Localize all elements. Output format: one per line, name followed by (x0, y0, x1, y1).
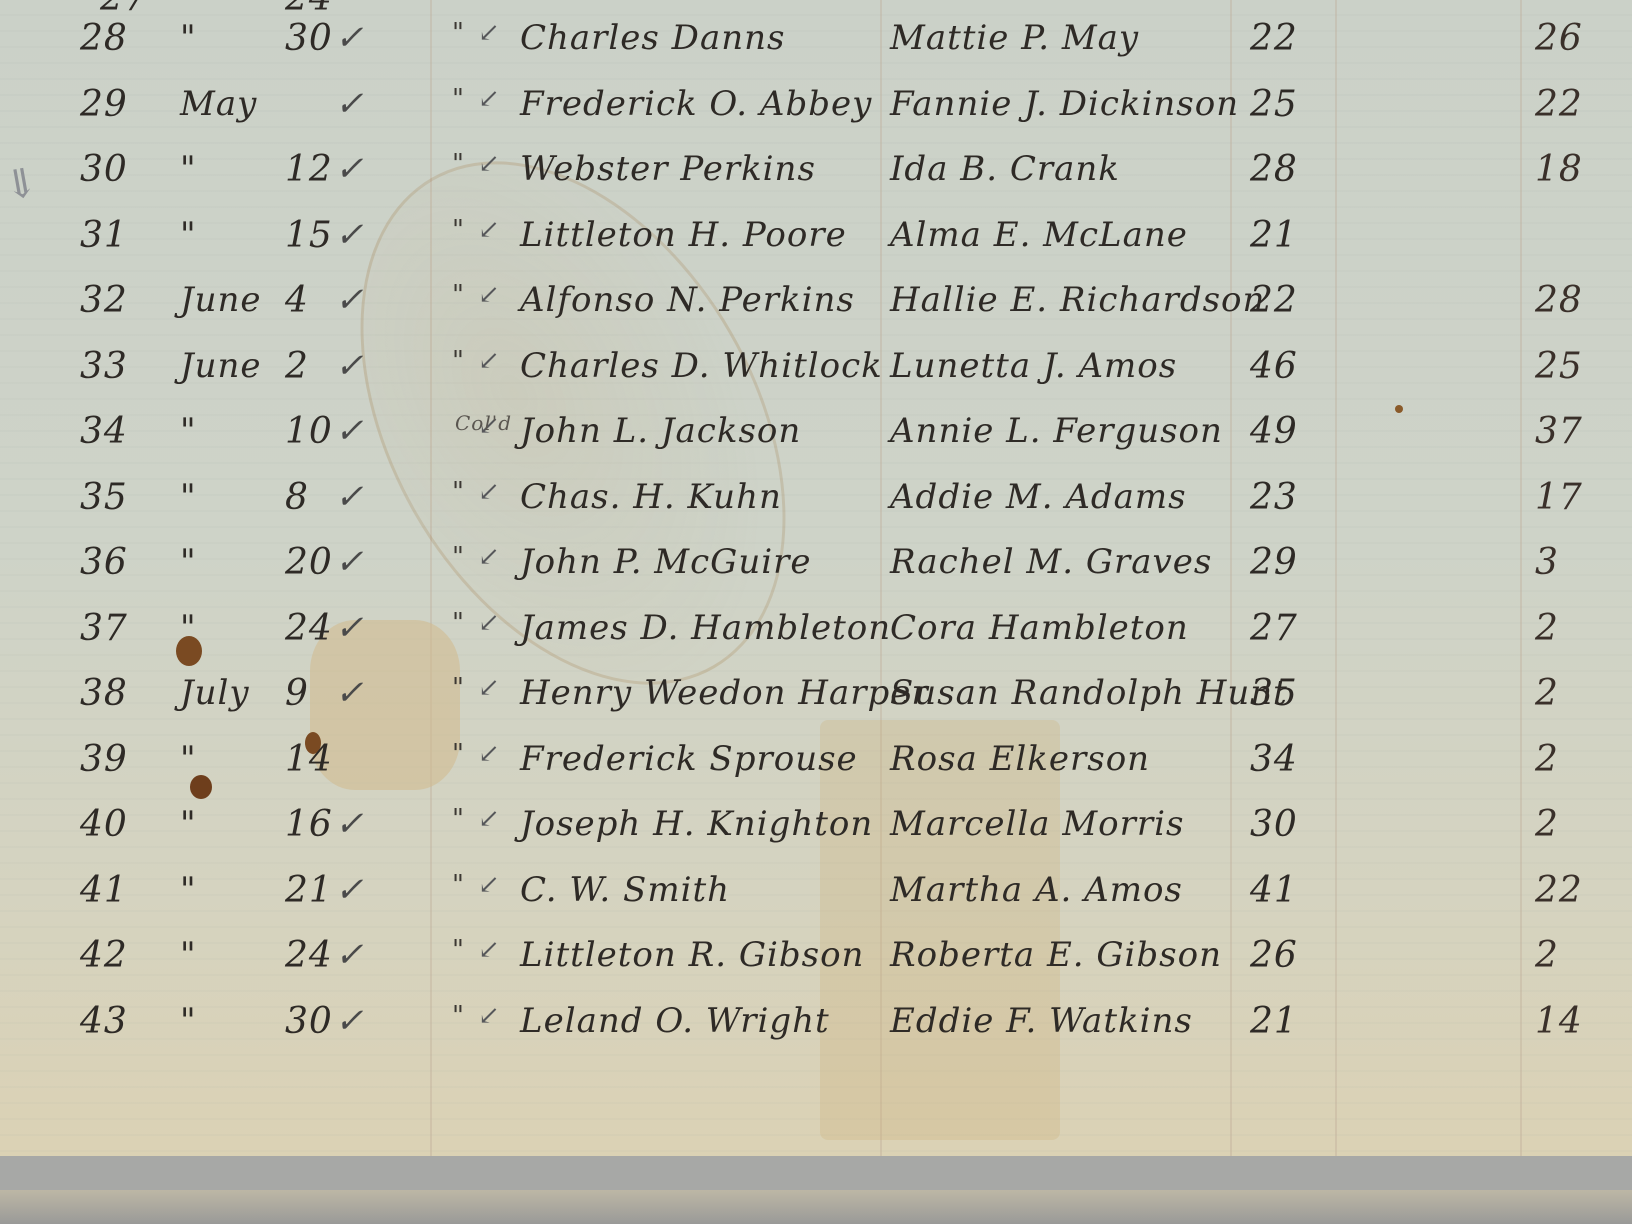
entry-month: " (180, 542, 197, 582)
entry-month: " (180, 411, 197, 451)
ledger-row: 38 July 9 ✓ " ↙ Henry Weedon Harper Susa… (0, 673, 1632, 733)
check-mark-icon: ✓ (335, 870, 365, 910)
entry-day: 9 (285, 673, 309, 714)
page-edge (0, 1156, 1632, 1190)
ledger-row: 39 " 14 " ↙ Frederick Sprouse Rosa Elker… (0, 739, 1632, 799)
right-column-value: 25 (1535, 346, 1583, 387)
check-mark-icon: ✓ (335, 149, 365, 189)
ledger-row: 28 " 30 ✓ " ↙ Charles Danns Mattie P. Ma… (0, 18, 1632, 78)
ledger-row: 31 " 15 ✓ " ↙ Littleton H. Poore Alma E.… (0, 215, 1632, 275)
ledger-row: 30 " 12 ✓ " ↙ Webster Perkins Ida B. Cra… (0, 149, 1632, 209)
bride-name: Susan Randolph Hunt (890, 673, 1288, 713)
entry-day: 4 (285, 280, 309, 321)
entry-number: 40 (80, 804, 128, 845)
bride-age: 28 (1250, 149, 1298, 190)
entry-number: 43 (80, 1001, 128, 1042)
groom-name: James D. Hambleton (520, 608, 891, 648)
entry-month: July (180, 673, 250, 713)
check-mark-icon: ✓ (335, 18, 365, 58)
entry-day: 24 (285, 0, 333, 19)
entry-day: 24 (285, 608, 333, 649)
bride-age: 41 (1250, 870, 1298, 911)
bride-name: Ida B. Crank (890, 149, 1120, 189)
entry-arrow-icon: ↙ (478, 84, 501, 114)
bride-name: Mattie P. May (890, 18, 1139, 58)
right-column-value: 2 (1535, 804, 1559, 845)
entry-number: 27 (100, 0, 148, 19)
check-mark-icon: ✓ (335, 477, 365, 517)
entry-month: " (180, 149, 197, 189)
entry-number: 32 (80, 280, 128, 321)
bride-name: Annie L. Ferguson (890, 411, 1223, 451)
entry-arrow-icon: ↙ (478, 608, 501, 638)
ditto-mark: " (452, 84, 465, 114)
bride-age: 34 (1250, 739, 1298, 780)
bride-age: 22 (1250, 18, 1298, 59)
entry-month: June (180, 346, 262, 386)
entry-day: 24 (285, 935, 333, 976)
ditto-mark: " (452, 673, 465, 703)
bride-name: Rachel M. Graves (890, 542, 1212, 582)
check-mark-icon: ✓ (335, 804, 365, 844)
ledger-row: 29 May ✓ " ↙ Frederick O. Abbey Fannie J… (0, 84, 1632, 144)
entry-arrow-icon: ↙ (478, 804, 501, 834)
bride-age: 26 (1250, 935, 1298, 976)
entry-day: 20 (285, 542, 333, 583)
entry-number: 36 (80, 542, 128, 583)
entry-month: " (180, 608, 197, 648)
groom-name: Chas. H. Kuhn (520, 477, 782, 517)
ditto-mark: " (452, 870, 465, 900)
entry-arrow-icon: ↙ (478, 673, 501, 703)
ditto-mark: " (452, 215, 465, 245)
bride-name: Fannie J. Dickinson (890, 84, 1239, 124)
ledger-row: 37 " 24 ✓ " ↙ James D. Hambleton Cora Ha… (0, 608, 1632, 668)
right-column-value: 37 (1535, 411, 1583, 452)
bride-name: Cora Hambleton (890, 608, 1189, 648)
check-mark-icon: ✓ (335, 411, 365, 451)
check-mark-icon: ✓ (335, 280, 365, 320)
month-ditto: " (200, 0, 213, 8)
bride-age: 21 (1250, 1001, 1298, 1042)
ditto-mark: " (452, 804, 465, 834)
groom-name: Webster Perkins (520, 149, 816, 189)
entry-number: 42 (80, 935, 128, 976)
right-column-value: 17 (1535, 477, 1583, 518)
ditto-mark: " (452, 149, 465, 179)
entry-day: 21 (285, 870, 333, 911)
entry-day: 16 (285, 804, 333, 845)
entry-day: 14 (285, 739, 333, 780)
entry-day: 12 (285, 149, 333, 190)
groom-name: C. W. Smith (520, 870, 730, 910)
entry-month: " (180, 477, 197, 517)
groom-name: Alfonso N. Perkins (520, 280, 855, 320)
ditto-mark: " (452, 935, 465, 965)
groom-name: Littleton H. Poore (520, 215, 847, 255)
groom-name: Charles D. Whitlock (520, 346, 883, 386)
entry-arrow-icon: ↙ (478, 149, 501, 179)
check-mark-icon: ✓ (335, 215, 365, 255)
entry-number: 31 (80, 215, 128, 256)
groom-name: Frederick Sprouse (520, 739, 858, 779)
entry-day: 30 (285, 1001, 333, 1042)
entry-month: " (180, 870, 197, 910)
bride-name: Martha A. Amos (890, 870, 1183, 910)
ledger-row: 35 " 8 ✓ " ↙ Chas. H. Kuhn Addie M. Adam… (0, 477, 1632, 537)
right-column-value: 26 (1535, 18, 1583, 59)
entry-number: 28 (80, 18, 128, 59)
bride-name: Alma E. McLane (890, 215, 1188, 255)
bride-age: 21 (1250, 215, 1298, 256)
entry-month: " (180, 935, 197, 975)
bride-name: Eddie F. Watkins (890, 1001, 1193, 1041)
entry-number: 29 (80, 84, 128, 125)
right-column-value: 2 (1535, 608, 1559, 649)
groom-name: John P. McGuire (520, 542, 811, 582)
check-mark-icon: ✓ (335, 346, 365, 386)
bride-name: Rosa Elkerson (890, 739, 1150, 779)
right-column-value: 14 (1535, 1001, 1583, 1042)
entry-month: " (180, 804, 197, 844)
right-column-value: 2 (1535, 935, 1559, 976)
entry-number: 38 (80, 673, 128, 714)
entry-arrow-icon: ↙ (478, 477, 501, 507)
entry-arrow-icon: ↙ (478, 215, 501, 245)
bride-age: 49 (1250, 411, 1298, 452)
entry-arrow-icon: ↙ (478, 542, 501, 572)
ledger-row: 43 " 30 ✓ " ↙ Leland O. Wright Eddie F. … (0, 1001, 1632, 1061)
right-column-value: 2 (1535, 739, 1559, 780)
right-column-value: 2 (1535, 673, 1559, 714)
bride-age: 29 (1250, 542, 1298, 583)
right-column-value: 22 (1535, 84, 1583, 125)
ditto-mark: " (452, 608, 465, 638)
bride-age: 25 (1250, 84, 1298, 125)
entry-arrow-icon: ↙ (478, 280, 501, 310)
check-mark-icon: ✓ (335, 935, 365, 975)
ledger-page: ⇘ 27 " 24 28 " 30 ✓ " ↙ Charles Danns Ma… (0, 0, 1632, 1190)
entry-month: " (180, 739, 197, 779)
entry-arrow-icon: ↙ (478, 870, 501, 900)
groom-name: Henry Weedon Harper (520, 673, 929, 713)
check-mark-icon: ✓ (335, 673, 365, 713)
entry-month: June (180, 280, 262, 320)
ledger-row: 41 " 21 ✓ " ↙ C. W. Smith Martha A. Amos… (0, 870, 1632, 930)
check-mark-icon: ✓ (335, 608, 365, 648)
entry-day: 2 (285, 346, 309, 387)
right-column-value: 22 (1535, 870, 1583, 911)
ditto-mark: " (452, 280, 465, 310)
check-mark-icon: ✓ (335, 542, 365, 582)
ditto-mark: " (452, 739, 465, 769)
entry-arrow-icon: ↙ (478, 1001, 501, 1031)
ditto-mark: " (452, 1001, 465, 1031)
entry-month: " (180, 1001, 197, 1041)
entry-arrow-icon: ↙ (478, 935, 501, 965)
entry-day: 30 (285, 18, 333, 59)
ditto-mark: " (452, 346, 465, 376)
check-mark-icon: ✓ (335, 84, 365, 124)
bride-name: Roberta E. Gibson (890, 935, 1222, 975)
entry-arrow-icon: ↙ (478, 739, 501, 769)
check-mark-icon: ✓ (335, 1001, 365, 1041)
entry-number: 33 (80, 346, 128, 387)
entry-day: 10 (285, 411, 333, 452)
entry-number: 41 (80, 870, 128, 911)
ditto-mark: " (452, 18, 465, 48)
bride-name: Addie M. Adams (890, 477, 1187, 517)
bride-name: Hallie E. Richardson (890, 280, 1265, 320)
bride-age: 35 (1250, 673, 1298, 714)
ledger-row: 34 " 10 ✓ " ↙ Col'd John L. Jackson Anni… (0, 411, 1632, 471)
groom-name: John L. Jackson (520, 411, 801, 451)
ledger-row: 36 " 20 ✓ " ↙ John P. McGuire Rachel M. … (0, 542, 1632, 602)
entry-number: 37 (80, 608, 128, 649)
entry-month: " (180, 18, 197, 58)
entry-number: 34 (80, 411, 128, 452)
ditto-mark: " (452, 477, 465, 507)
right-column-value: 28 (1535, 280, 1583, 321)
ditto-mark: " (452, 542, 465, 572)
groom-name: Frederick O. Abbey (520, 84, 872, 124)
entry-note: Col'd (455, 411, 512, 435)
bride-age: 23 (1250, 477, 1298, 518)
entry-arrow-icon: ↙ (478, 18, 501, 48)
groom-name: Littleton R. Gibson (520, 935, 864, 975)
ledger-row: 33 June 2 ✓ " ↙ Charles D. Whitlock Lune… (0, 346, 1632, 406)
entry-number: 39 (80, 739, 128, 780)
ledger-row: 32 June 4 ✓ " ↙ Alfonso N. Perkins Halli… (0, 280, 1632, 340)
entry-number: 30 (80, 149, 128, 190)
groom-name: Joseph H. Knighton (520, 804, 873, 844)
entry-number: 35 (80, 477, 128, 518)
bride-age: 22 (1250, 280, 1298, 321)
bride-name: Lunetta J. Amos (890, 346, 1177, 386)
groom-name: Charles Danns (520, 18, 785, 58)
entry-day: 8 (285, 477, 309, 518)
entry-month: " (180, 215, 197, 255)
entry-day: 15 (285, 215, 333, 256)
ledger-row: 40 " 16 ✓ " ↙ Joseph H. Knighton Marcell… (0, 804, 1632, 864)
bride-age: 46 (1250, 346, 1298, 387)
entry-month: May (180, 84, 257, 124)
ledger-row: 42 " 24 ✓ " ↙ Littleton R. Gibson Robert… (0, 935, 1632, 995)
right-column-value: 18 (1535, 149, 1583, 190)
groom-name: Leland O. Wright (520, 1001, 830, 1041)
entry-arrow-icon: ↙ (478, 346, 501, 376)
right-column-value: 3 (1535, 542, 1559, 583)
bride-age: 30 (1250, 804, 1298, 845)
bride-name: Marcella Morris (890, 804, 1184, 844)
bride-age: 27 (1250, 608, 1298, 649)
